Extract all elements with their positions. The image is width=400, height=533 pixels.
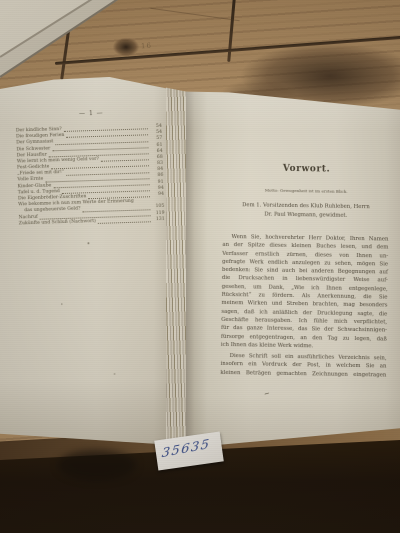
- page-speck: [114, 373, 116, 374]
- page-number-header: — 1 —: [0, 107, 187, 120]
- toc-page-number: 131: [153, 217, 165, 224]
- toc-title: Zukünfte und Schluß (Nachwort): [19, 219, 96, 228]
- page-speck: [87, 242, 89, 244]
- wood-stamp: 16: [141, 42, 152, 51]
- left-page-content: — 1 — Der kindliche Sinn? 54 Die freudig…: [0, 71, 198, 451]
- toc-dot-leader: [98, 221, 151, 224]
- text-block: Vorwort. Motto: Gewogenheit ist im erste…: [220, 87, 391, 380]
- toc-page-number: 94: [152, 192, 164, 199]
- book-photo: 16 — 1 — Der kindliche Sinn? 54 Die freu…: [0, 0, 400, 533]
- body-paragraph-2: Diese Schrift soll ein ausführliches Ver…: [220, 352, 386, 379]
- motto-line: Motto: Gewogenheit ist im ersten Blick.: [223, 187, 389, 195]
- right-page-content: Vorwort. Motto: Gewogenheit ist im erste…: [183, 86, 400, 451]
- body-paragraph-1: Wenn Sie, hochverehrter Herr Doktor, Ihr…: [221, 233, 389, 352]
- page-speck: [61, 303, 62, 305]
- inventory-number: 35635: [161, 437, 211, 462]
- body-text-line: kleinen Beträgen gemachten Zeichnungen e…: [220, 369, 386, 380]
- vorwort-heading: Vorwort.: [224, 163, 390, 176]
- floor-shadow-blob: [58, 450, 136, 480]
- table-of-contents: Der kindliche Sinn? 54 Die freudigen Fer…: [16, 124, 165, 228]
- dedication: Dem 1. Vorsitzenden des Klub Ruhleben, H…: [223, 201, 389, 222]
